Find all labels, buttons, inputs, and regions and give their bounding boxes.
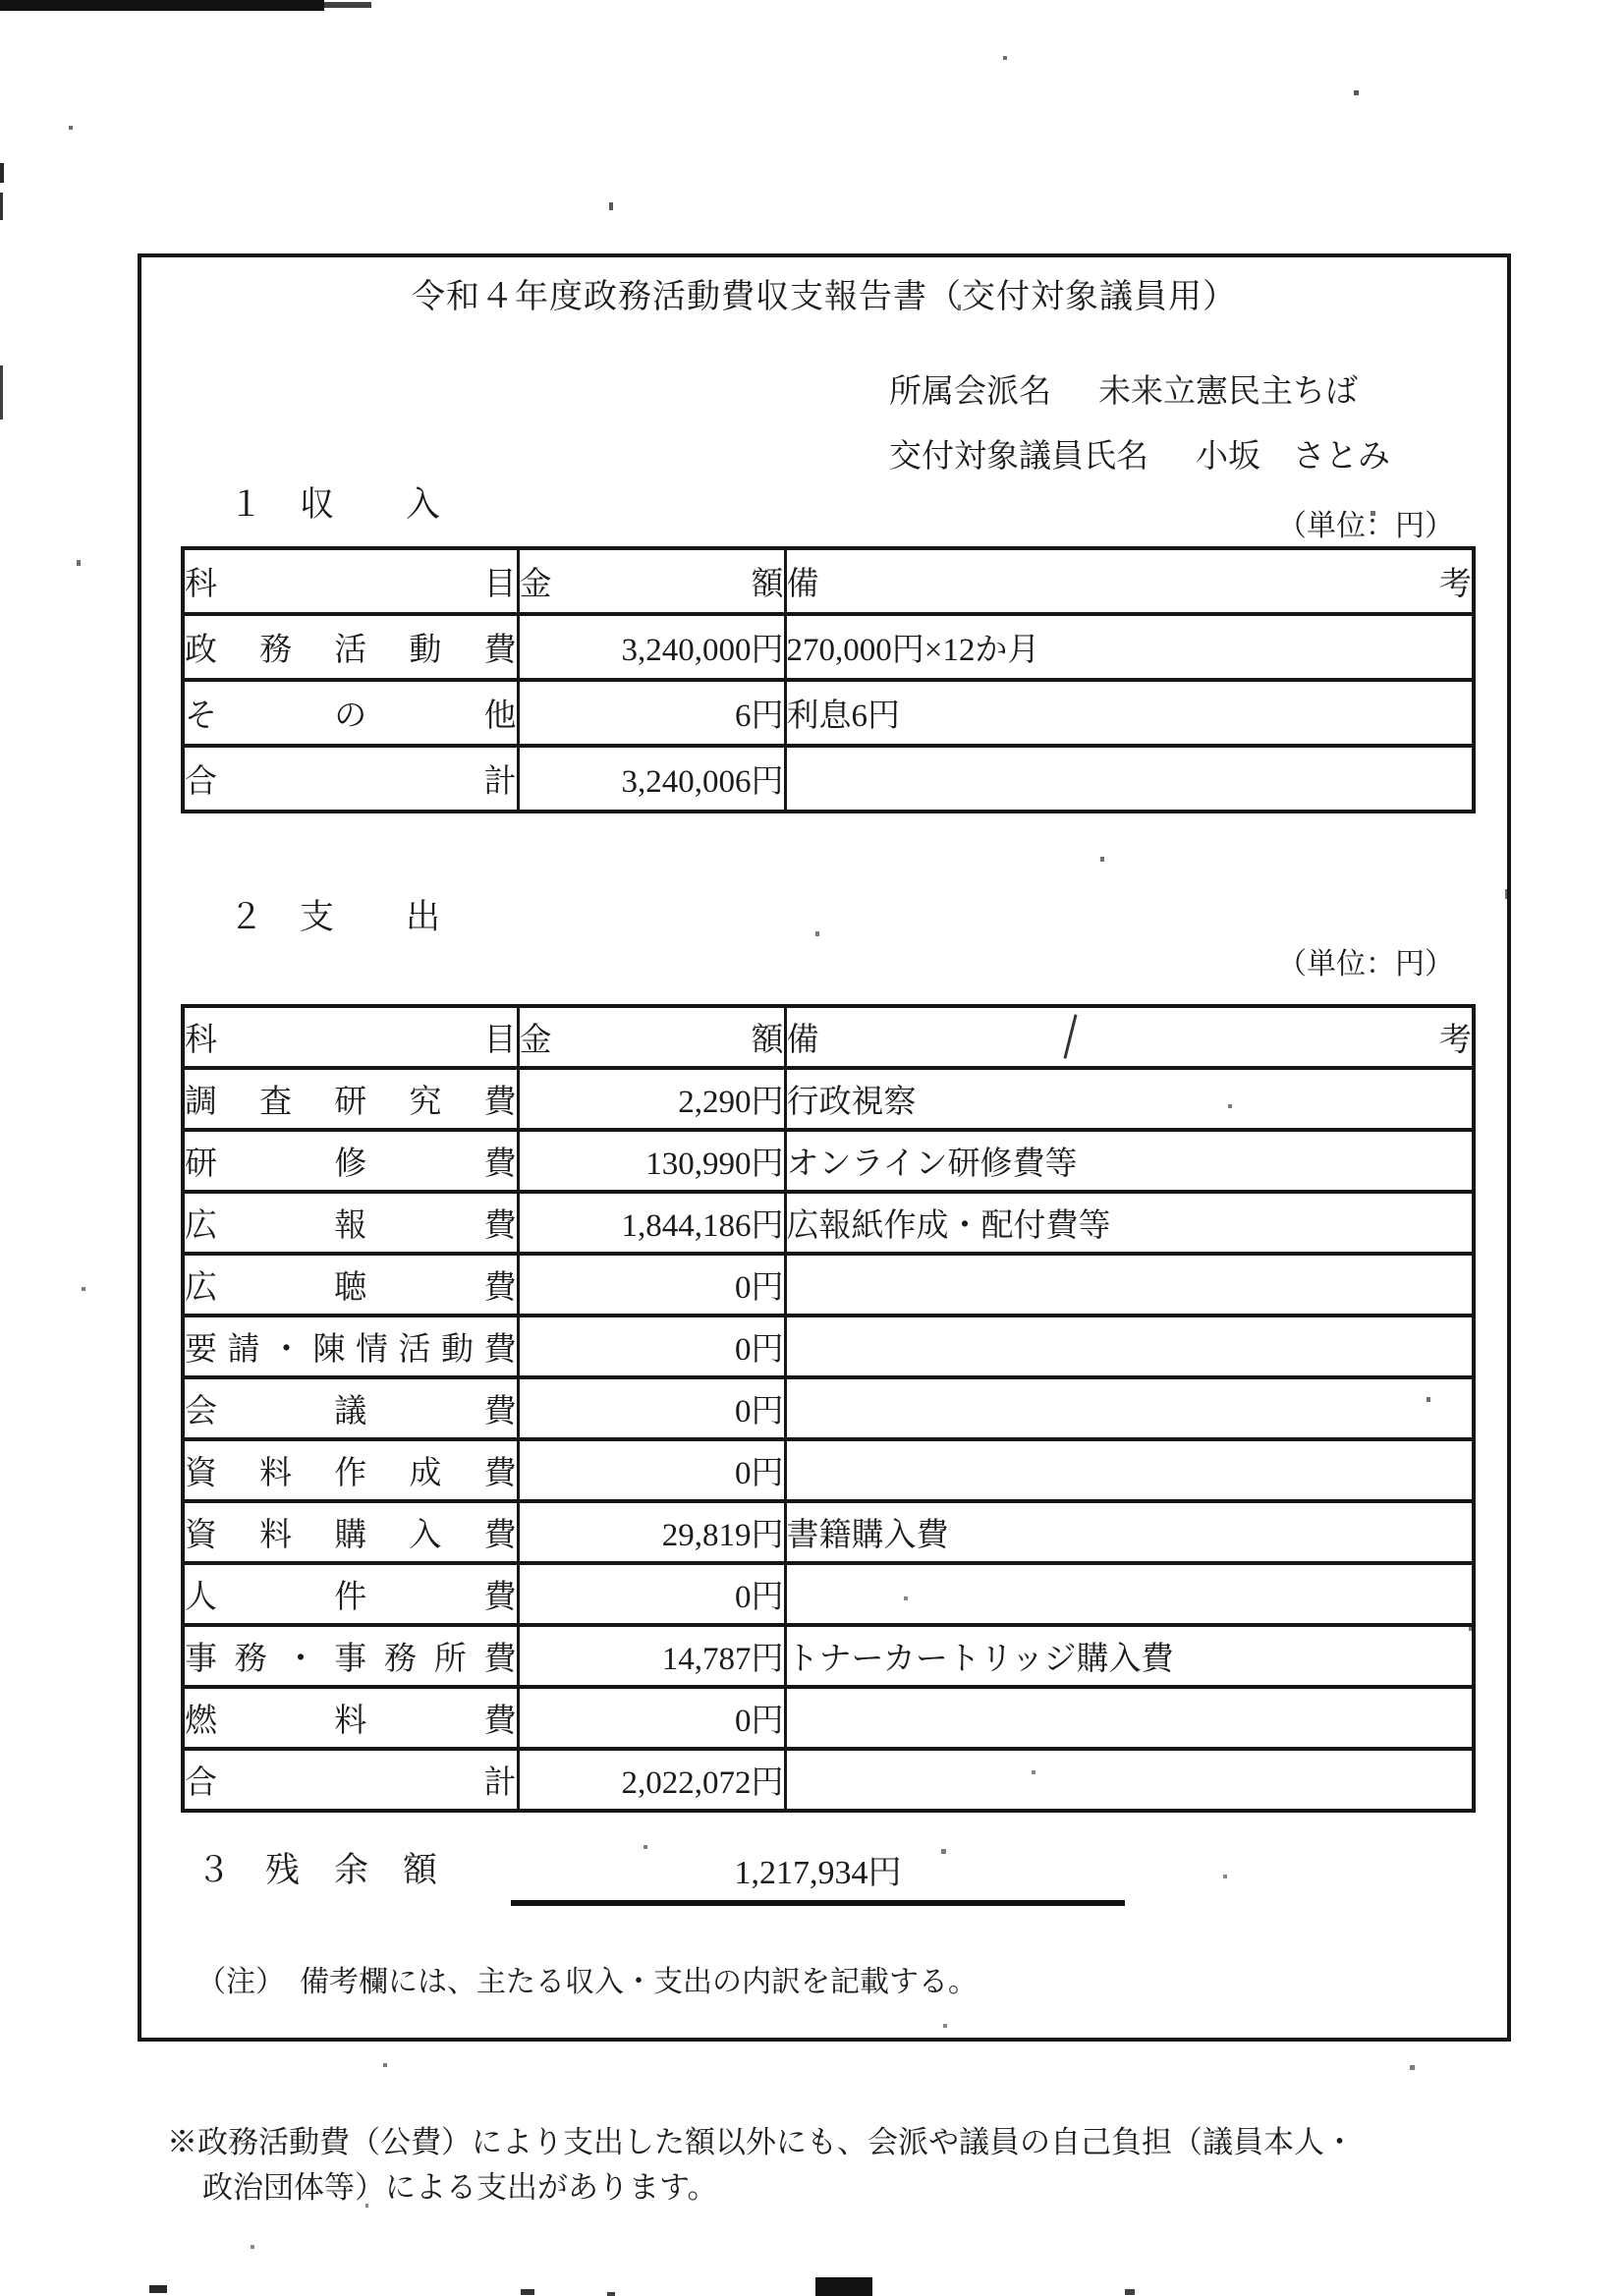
scan-artifact	[0, 0, 324, 11]
expense-cell-item: 広報費	[183, 1192, 518, 1254]
member-name: 小坂 さとみ	[1196, 439, 1390, 475]
scan-artifact	[1505, 889, 1509, 899]
expense-row: 合計2,022,072円	[183, 1749, 1474, 1811]
expense-cell-item: 合計	[183, 1749, 518, 1811]
income-header-item: 科目	[183, 548, 518, 614]
document-title: 令和４年度政務活動費収支報告書（交付対象議員用）	[138, 269, 1511, 317]
faction-name: 未来立憲民主ちば	[1098, 374, 1358, 410]
footnote-line2: 政治団体等）による支出があります。	[167, 2165, 1355, 2211]
income-row: 政務活動費3,240,000円270,000円×12か月	[183, 614, 1474, 680]
scan-artifact	[1354, 90, 1359, 95]
expense-cell-amount: 14,787円	[518, 1625, 785, 1687]
expense-table: 科目 金額 備考 調査研究費2,290円行政視察研修費130,990円オンライン…	[181, 1004, 1476, 1813]
expense-cell-amount: 1,844,186円	[518, 1192, 785, 1254]
income-header-note: 備考	[785, 548, 1474, 614]
expense-row: 人件費0円	[183, 1563, 1474, 1625]
member-label: 交付対象議員氏名	[889, 439, 1148, 475]
expense-cell-amount: 0円	[518, 1254, 785, 1316]
income-cell-note: 利息6円	[785, 680, 1474, 746]
income-cell-item: 政務活動費	[183, 614, 518, 680]
scan-artifact	[1125, 2289, 1135, 2295]
scan-artifact	[1223, 1875, 1227, 1878]
scan-artifact	[82, 1287, 85, 1291]
expense-cell-item: 人件費	[183, 1563, 518, 1625]
expense-cell-note	[785, 1316, 1474, 1377]
expense-cell-amount: 130,990円	[518, 1130, 785, 1192]
expense-cell-amount: 2,022,072円	[518, 1749, 785, 1811]
expense-cell-note: 広報紙作成・配付費等	[785, 1192, 1474, 1254]
expense-cell-item: 要請・陳情活動費	[183, 1316, 518, 1377]
income-unit-label: （単位：円）	[1277, 501, 1454, 544]
income-row: 合計3,240,006円	[183, 746, 1474, 812]
footnote-line1: ※政務活動費（公費）により支出した額以外にも、会派や議員の自己負担（議員本人・	[167, 2120, 1355, 2165]
expense-header-amount: 金額	[518, 1006, 785, 1068]
scan-artifact	[521, 2289, 534, 2295]
self-funding-footnote: ※政務活動費（公費）により支出した額以外にも、会派や議員の自己負担（議員本人・ …	[167, 2120, 1355, 2211]
income-header-row: 科目 金額 備考	[183, 548, 1474, 614]
faction-label: 所属会派名	[889, 374, 1051, 410]
scan-artifact	[644, 1845, 647, 1849]
scan-artifact	[1410, 2065, 1415, 2070]
expense-cell-item: 資料購入費	[183, 1501, 518, 1563]
expense-cell-amount: 29,819円	[518, 1501, 785, 1563]
scan-artifact	[383, 2063, 387, 2067]
scan-artifact	[941, 1849, 946, 1854]
expense-row: 資料作成費0円	[183, 1439, 1474, 1501]
expense-cell-note	[785, 1377, 1474, 1439]
expense-row: 広報費1,844,186円広報紙作成・配付費等	[183, 1192, 1474, 1254]
expense-cell-amount: 0円	[518, 1377, 785, 1439]
scan-artifact	[815, 931, 819, 936]
balance-underline	[511, 1900, 1125, 1906]
expense-unit-label: （単位：円）	[1277, 939, 1454, 982]
scan-artifact	[1032, 1770, 1035, 1774]
expense-cell-note: オンライン研修費等	[785, 1130, 1474, 1192]
faction-line: 所属会派名未来立憲民主ちば	[889, 365, 1358, 412]
income-cell-amount: 6円	[518, 680, 785, 746]
member-line: 交付対象議員氏名小坂 さとみ	[889, 430, 1390, 476]
expense-cell-item: 事務・事務所費	[183, 1625, 518, 1687]
scan-artifact	[0, 193, 3, 220]
expense-cell-amount: 0円	[518, 1316, 785, 1377]
expense-row: 事務・事務所費14,787円トナーカートリッジ購入費	[183, 1625, 1474, 1687]
scan-artifact	[365, 2204, 368, 2208]
scan-artifact	[1469, 1626, 1473, 1631]
scan-artifact	[77, 560, 81, 566]
expense-header-note: 備考	[785, 1006, 1474, 1068]
scanned-document-page: { "document": { "title": "令和４年度政務活動費収支報告…	[0, 0, 1623, 2296]
income-cell-amount: 3,240,006円	[518, 746, 785, 812]
expense-cell-amount: 0円	[518, 1687, 785, 1749]
scan-artifact	[69, 126, 73, 130]
expense-row: 研修費130,990円オンライン研修費等	[183, 1130, 1474, 1192]
income-cell-item: その他	[183, 680, 518, 746]
scan-artifact	[1100, 857, 1104, 862]
income-cell-item: 合計	[183, 746, 518, 812]
expense-section-heading: ２ 支 出	[229, 890, 441, 939]
expense-cell-item: 燃料費	[183, 1687, 518, 1749]
income-cell-note	[785, 746, 1474, 812]
expense-cell-note	[785, 1254, 1474, 1316]
income-cell-note: 270,000円×12か月	[785, 614, 1474, 680]
remarks-note: （注） 備考欄には、主たる収入・支出の内訳を記載する。	[196, 1957, 978, 2000]
expense-cell-item: 広聴費	[183, 1254, 518, 1316]
scan-artifact	[1371, 511, 1375, 516]
balance-heading: ３ 残 余 額	[196, 1843, 437, 1892]
expense-cell-amount: 2,290円	[518, 1068, 785, 1130]
expense-cell-note	[785, 1439, 1474, 1501]
income-header-amount: 金額	[518, 548, 785, 614]
scan-artifact	[904, 1596, 908, 1600]
scan-artifact	[958, 305, 961, 310]
scan-artifact	[607, 2292, 615, 2296]
expense-header-row: 科目 金額 備考	[183, 1006, 1474, 1068]
expense-cell-amount: 0円	[518, 1563, 785, 1625]
expense-cell-item: 調査研究費	[183, 1068, 518, 1130]
income-cell-amount: 3,240,000円	[518, 614, 785, 680]
income-row: その他6円利息6円	[183, 680, 1474, 746]
expense-cell-item: 研修費	[183, 1130, 518, 1192]
scan-artifact	[943, 2024, 947, 2028]
scan-artifact	[0, 365, 3, 420]
scan-artifact	[1427, 1397, 1430, 1402]
expense-row: 要請・陳情活動費0円	[183, 1316, 1474, 1377]
expense-cell-note: トナーカートリッジ購入費	[785, 1625, 1474, 1687]
expense-row: 調査研究費2,290円行政視察	[183, 1068, 1474, 1130]
expense-cell-note: 書籍購入費	[785, 1501, 1474, 1563]
scan-artifact	[251, 2245, 254, 2249]
scan-artifact	[1228, 1104, 1232, 1108]
scan-artifact	[609, 202, 613, 210]
scan-artifact	[324, 2, 371, 8]
expense-cell-note	[785, 1687, 1474, 1749]
expense-row: 燃料費0円	[183, 1687, 1474, 1749]
scan-artifact	[149, 2285, 167, 2293]
balance-amount: 1,217,934円	[511, 1845, 1125, 1893]
scan-artifact	[815, 2277, 872, 2296]
expense-cell-item: 会議費	[183, 1377, 518, 1439]
expense-cell-item: 資料作成費	[183, 1439, 518, 1501]
scan-artifact	[1003, 56, 1007, 60]
expense-cell-note	[785, 1749, 1474, 1811]
expense-row: 会議費0円	[183, 1377, 1474, 1439]
expense-row: 広聴費0円	[183, 1254, 1474, 1316]
expense-cell-note	[785, 1563, 1474, 1625]
income-table: 科目 金額 備考 政務活動費3,240,000円270,000円×12か月その他…	[181, 546, 1476, 813]
expense-cell-note: 行政視察	[785, 1068, 1474, 1130]
income-section-heading: １ 収 入	[229, 477, 441, 527]
expense-row: 資料購入費29,819円書籍購入費	[183, 1501, 1474, 1563]
expense-header-item: 科目	[183, 1006, 518, 1068]
scan-artifact	[0, 163, 4, 183]
expense-cell-amount: 0円	[518, 1439, 785, 1501]
